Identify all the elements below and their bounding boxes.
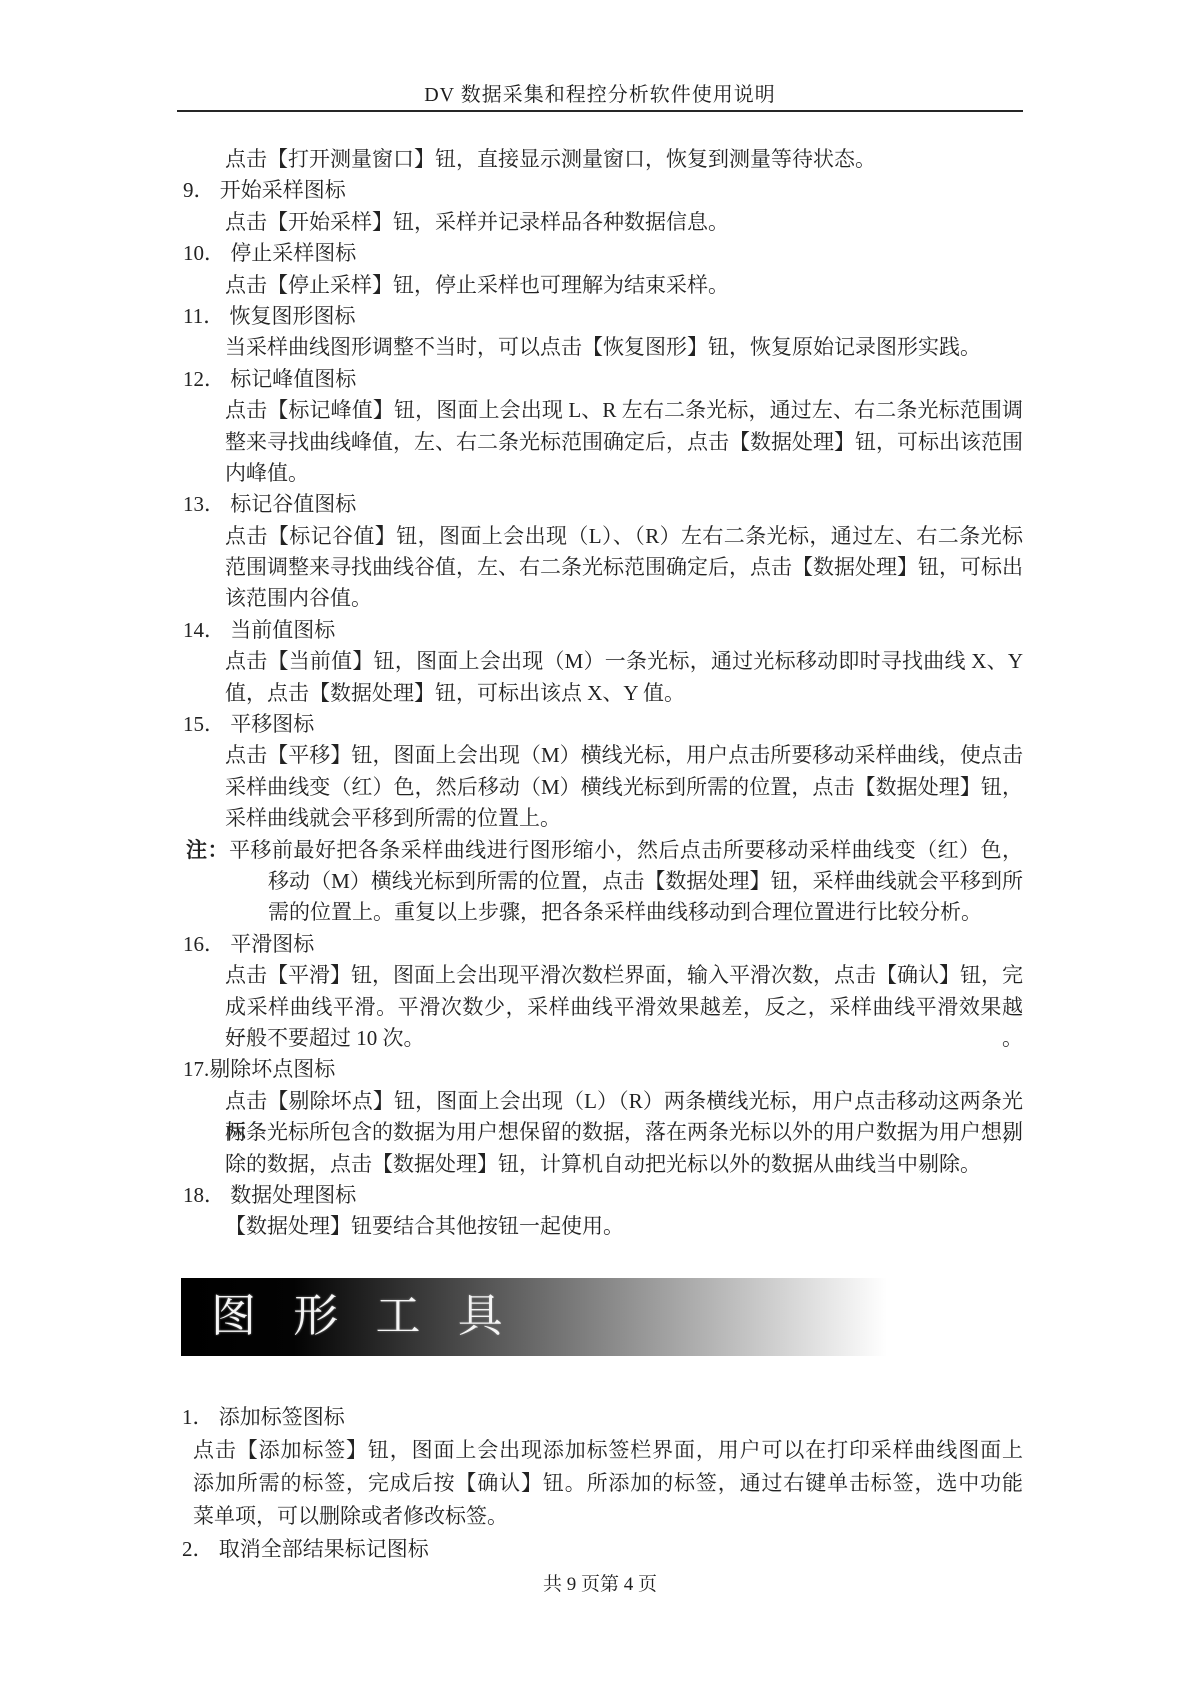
- text-line: 内峰值。: [177, 458, 1023, 489]
- text-line: 采样曲线变（红）色，然后移动（M）横线光标到所需的位置，点击【数据处理】钮，: [177, 772, 1023, 803]
- text-line: 点击【打开测量窗口】钮，直接显示测量窗口，恢复到测量等待状态。: [177, 144, 1023, 175]
- text-line: 采样曲线就会平移到所需的位置上。: [177, 803, 1023, 834]
- text-line: 点击【标记峰值】钮，图面上会出现 L、R 左右二条光标，通过左、右二条光标范围调: [177, 395, 1023, 426]
- text-line: 除的数据，点击【数据处理】钮，计算机自动把光标以外的数据从曲线当中剔除。: [177, 1149, 1023, 1180]
- text-line: 添加所需的标签，完成后按【确认】钮。所添加的标签，通过右键单击标签，选中功能: [177, 1467, 1023, 1500]
- text-line: 点击【平滑】钮，图面上会出现平滑次数栏界面，输入平滑次数，点击【确认】钮，完: [177, 960, 1023, 991]
- text-line: 点击【添加标签】钮，图面上会出现添加标签栏界面，用户可以在打印采样曲线图面上: [177, 1434, 1023, 1467]
- text-line: 点击【当前值】钮，图面上会出现（M）一条光标，通过光标移动即时寻找曲线 X、Y: [177, 646, 1023, 677]
- text-line: 13． 标记谷值图标: [177, 489, 1023, 520]
- text-line: 【数据处理】钮要结合其他按钮一起使用。: [177, 1211, 1023, 1242]
- text-line: 移动（M）横线光标到所需的位置，点击【数据处理】钮，采样曲线就会平移到所: [177, 866, 1023, 897]
- text-line: 16． 平滑图标: [177, 929, 1023, 960]
- text-line: 18． 数据处理图标: [177, 1180, 1023, 1211]
- measure-tools-text-section: 点击【打开测量窗口】钮，直接显示测量窗口，恢复到测量等待状态。9． 开始采样图标…: [177, 144, 1023, 1243]
- text-line: 2． 取消全部结果标记图标: [177, 1533, 1023, 1566]
- text-line: 1． 添加标签图标: [177, 1401, 1023, 1434]
- document-page: DV 数据采集和程控分析软件使用说明 点击【打开测量窗口】钮，直接显示测量窗口，…: [0, 0, 1200, 1698]
- text-line: 值，点击【数据处理】钮，可标出该点 X、Y 值。: [177, 678, 1023, 709]
- text-line: 整来寻找曲线峰值，左、右二条光标范围确定后，点击【数据处理】钮，可标出该范围: [177, 427, 1023, 458]
- text-line: 需的位置上。重复以上步骤，把各条采样曲线移动到合理位置进行比较分析。: [177, 897, 1023, 928]
- text-line: 菜单项，可以删除或者修改标签。: [177, 1500, 1023, 1533]
- text-line: 点击【停止采样】钮，停止采样也可理解为结束采样。: [177, 270, 1023, 301]
- text-line: 17.剔除坏点图标: [177, 1054, 1023, 1085]
- text-line: 点击【平移】钮，图面上会出现（M）横线光标，用户点击所要移动采样曲线，使点击: [177, 740, 1023, 771]
- text-line: 范围调整来寻找曲线谷值，左、右二条光标范围确定后，点击【数据处理】钮，可标出: [177, 552, 1023, 583]
- text-line: 点击【开始采样】钮，采样并记录样品各种数据信息。: [177, 207, 1023, 238]
- text-line: 14． 当前值图标: [177, 615, 1023, 646]
- text-line: 该范围内谷值。: [177, 583, 1023, 614]
- text-line: 9． 开始采样图标: [177, 175, 1023, 206]
- text-line: 11． 恢复图形图标: [177, 301, 1023, 332]
- graphics-tools-banner: 图 形 工 具: [181, 1278, 887, 1356]
- text-line: 当采样曲线图形调整不当时，可以点击【恢复图形】钮，恢复原始记录图形实践。: [177, 332, 1023, 363]
- graphics-tools-banner-title: 图 形 工 具: [181, 1278, 887, 1356]
- text-line: 点击【剔除坏点】钮，图面上会出现（L）（R）两条横线光标，用户点击移动这两条光标…: [177, 1086, 1023, 1117]
- note-label: 注：: [186, 838, 229, 862]
- graphic-tools-text-section: 1． 添加标签图标点击【添加标签】钮，图面上会出现添加标签栏界面，用户可以在打印…: [177, 1401, 1023, 1566]
- text-line: 两条光标所包含的数据为用户想保留的数据，落在两条光标以外的用户数据为用户想剔: [177, 1117, 1023, 1148]
- text-line: 点击【标记谷值】钮，图面上会出现（L）、（R）左右二条光标，通过左、右二条光标: [177, 521, 1023, 552]
- page-header-title: DV 数据采集和程控分析软件使用说明: [0, 83, 1200, 107]
- text-line: 10． 停止采样图标: [177, 238, 1023, 269]
- text-line: 成采样曲线平滑。平滑次数少，采样曲线平滑效果越差，反之，采样曲线平滑效果越好。: [177, 992, 1023, 1023]
- text-line: 15． 平移图标: [177, 709, 1023, 740]
- header-rule: [177, 110, 1023, 112]
- text-line: 注：平移前最好把各条采样曲线进行图形缩小，然后点击所要移动采样曲线变（红）色，: [177, 835, 1023, 866]
- page-number-footer: 共 9 页第 4 页: [0, 1573, 1200, 1597]
- text-line: 12． 标记峰值图标: [177, 364, 1023, 395]
